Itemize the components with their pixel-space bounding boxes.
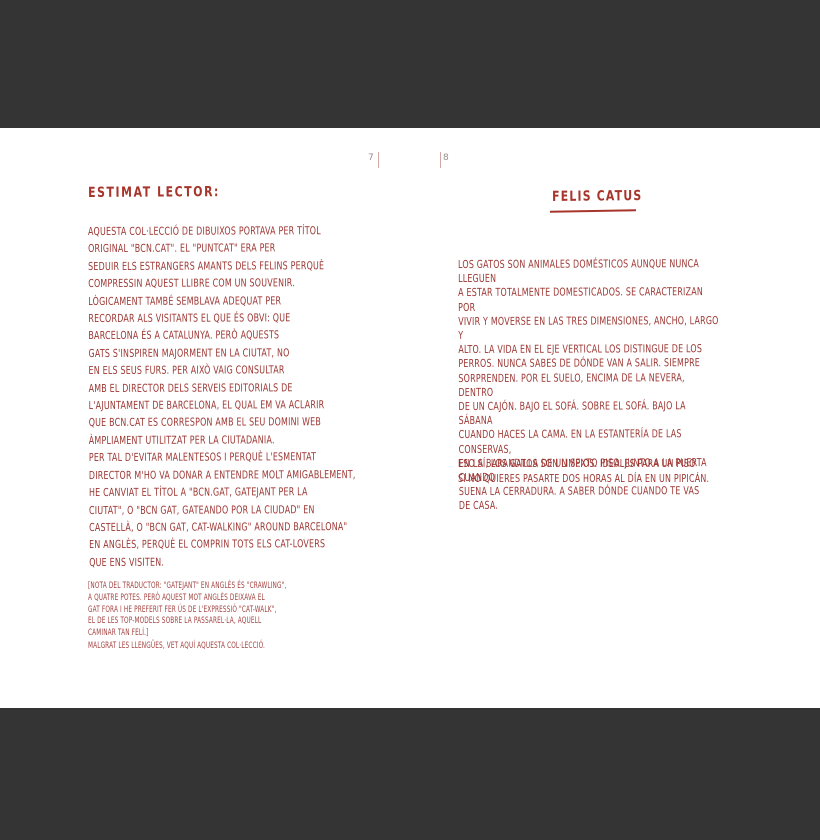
page-number-left: 7 bbox=[368, 153, 374, 163]
translator-footnote: [NOTA DEL TRADUCTOR: "GATEJANT" EN ANGLÈ… bbox=[88, 581, 286, 640]
left-page-title: ESTIMAT LECTOR: bbox=[88, 184, 220, 201]
right-page-title: FELIS CATUS bbox=[552, 188, 642, 205]
page-number-right: 8 bbox=[443, 153, 449, 163]
left-page-body-text: AQUESTA COL·LECCIÓ DE DIBUIXOS PORTAVA P… bbox=[88, 222, 356, 571]
left-page-closing-line: MALGRAT LES LLENGÜES, VET AQUÍ AQUESTA C… bbox=[88, 641, 265, 651]
book-scan-stage: 7 8 ESTIMAT LECTOR: AQUESTA COL·LECCIÓ D… bbox=[0, 0, 820, 840]
right-page-paragraph-2: ESO SÍ, LOS GATOS SON LIMPIOS. IDEALES P… bbox=[458, 456, 709, 486]
folio-divider-left bbox=[378, 152, 379, 168]
folio-divider-right bbox=[440, 152, 441, 168]
